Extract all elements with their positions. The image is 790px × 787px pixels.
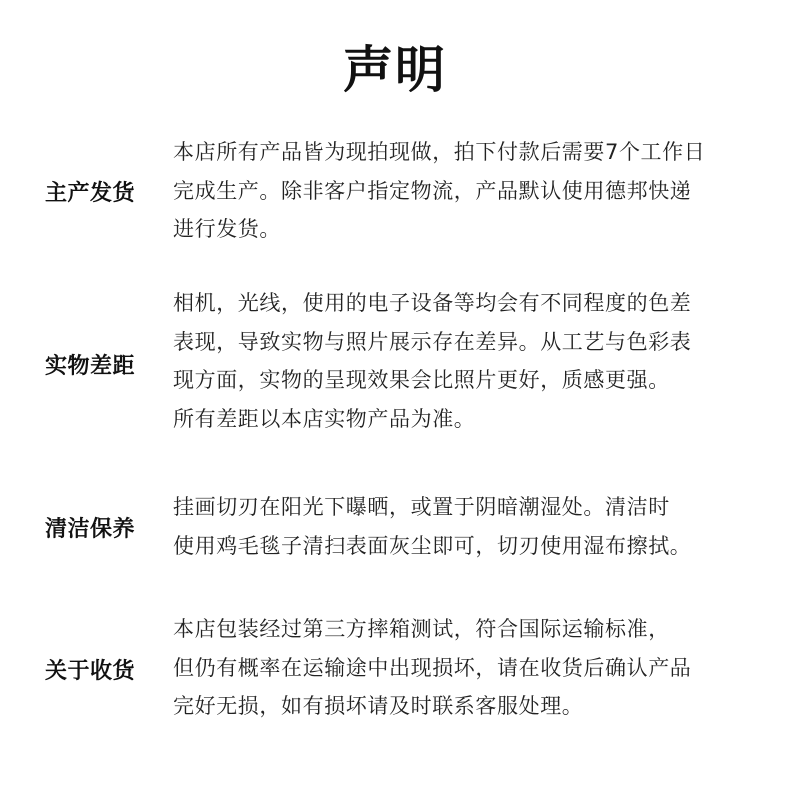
section-label: 主产发货 <box>45 176 135 207</box>
body-line: 所有差距以本店实物产品为准。 <box>173 400 763 439</box>
body-line: 表现，导致实物与照片展示存在差异。从工艺与色彩表 <box>173 323 763 362</box>
body-line: 本店包装经过第三方摔箱测试，符合国际运输标准， <box>173 610 763 649</box>
section-body: 挂画切刃在阳光下曝晒，或置于阴暗潮湿处。清洁时 使用鸡毛毯子清扫表面灰尘即可，切… <box>173 488 763 565</box>
body-line: 但仍有概率在运输途中出现损坏，请在收货后确认产品 <box>173 649 763 688</box>
section-label: 清洁保养 <box>45 512 135 543</box>
section-label: 关于收货 <box>45 654 135 685</box>
body-line: 使用鸡毛毯子清扫表面灰尘即可，切刃使用湿布擦拭。 <box>173 527 763 566</box>
body-line: 完好无损，如有损坏请及时联系客服处理。 <box>173 687 763 726</box>
body-line: 进行发货。 <box>173 210 763 249</box>
body-line: 现方面，实物的呈现效果会比照片更好，质感更强。 <box>173 361 763 400</box>
section-body: 本店包装经过第三方摔箱测试，符合国际运输标准， 但仍有概率在运输途中出现损坏，请… <box>173 610 763 726</box>
section-label: 实物差距 <box>45 349 135 380</box>
page-title: 声明 <box>0 38 790 102</box>
body-line: 本店所有产品皆为现拍现做，拍下付款后需要7个工作日 <box>173 133 763 172</box>
body-line: 相机，光线，使用的电子设备等均会有不同程度的色差 <box>173 284 763 323</box>
section-body: 本店所有产品皆为现拍现做，拍下付款后需要7个工作日 完成生产。除非客户指定物流，… <box>173 133 763 249</box>
body-line: 挂画切刃在阳光下曝晒，或置于阴暗潮湿处。清洁时 <box>173 488 763 527</box>
section-body: 相机，光线，使用的电子设备等均会有不同程度的色差 表现，导致实物与照片展示存在差… <box>173 284 763 438</box>
body-line: 完成生产。除非客户指定物流，产品默认使用德邦快递 <box>173 172 763 211</box>
